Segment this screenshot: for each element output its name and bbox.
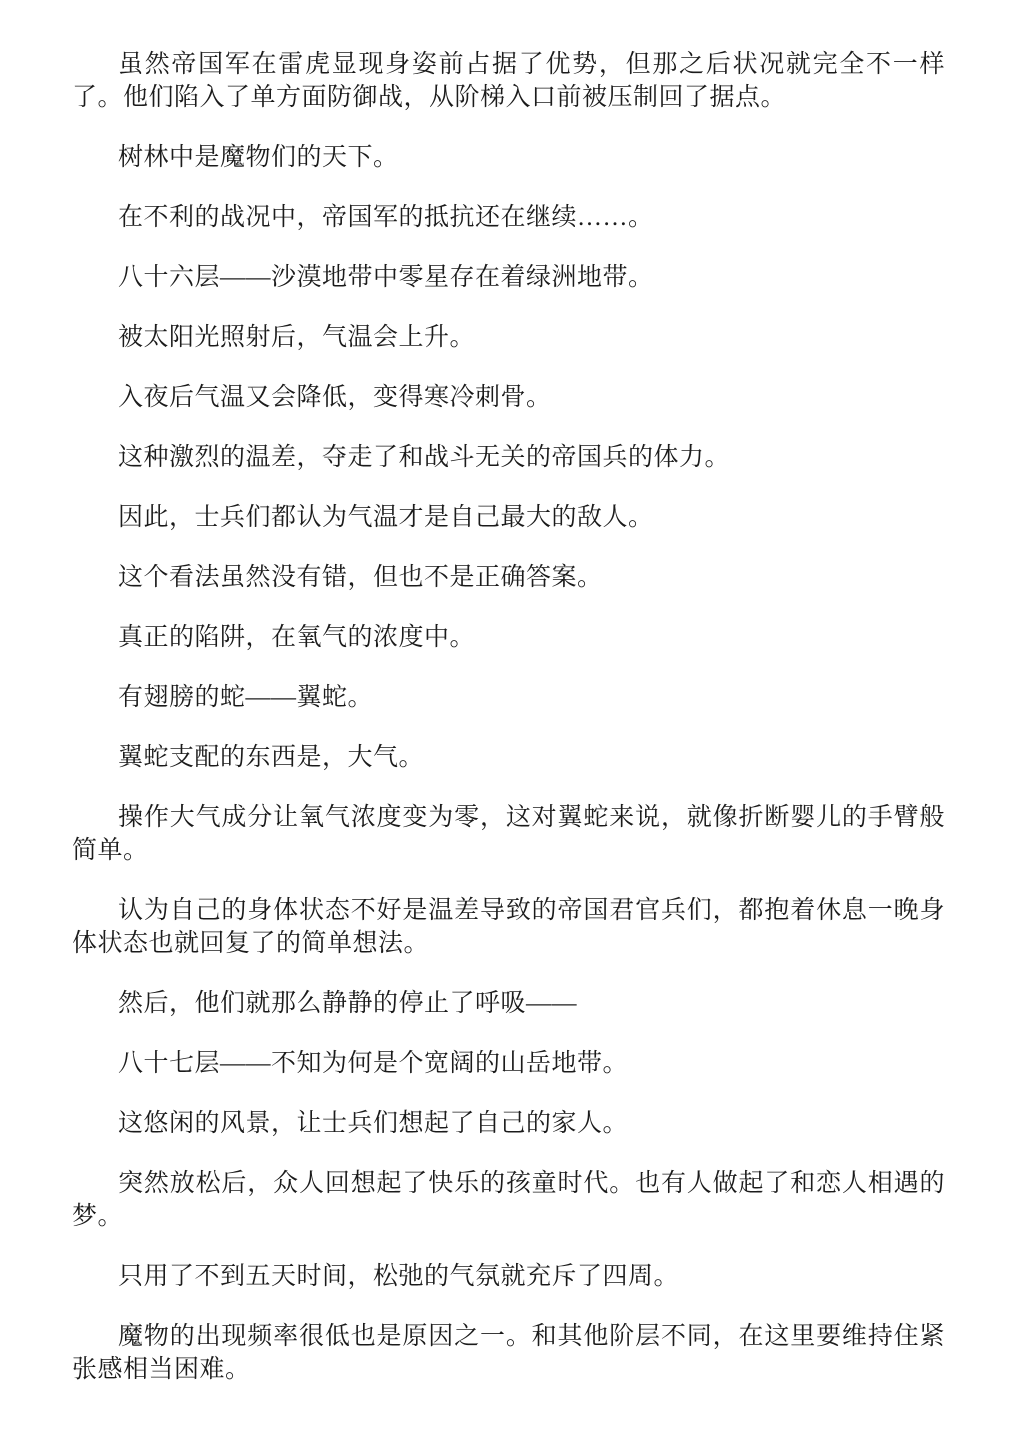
paragraph: 真正的陷阱，在氧气的浓度中。 bbox=[72, 621, 945, 654]
paragraph: 在不利的战况中，帝国军的抵抗还在继续……。 bbox=[72, 201, 945, 234]
paragraph: 这个看法虽然没有错，但也不是正确答案。 bbox=[72, 561, 945, 594]
paragraph: 突然放松后，众人回想起了快乐的孩童时代。也有人做起了和恋人相遇的梦。 bbox=[72, 1167, 945, 1233]
paragraph: 只用了不到五天时间，松弛的气氛就充斥了四周。 bbox=[72, 1260, 945, 1293]
paragraph: 认为自己的身体状态不好是温差导致的帝国君官兵们，都抱着休息一晚身体状态也就回复了… bbox=[72, 894, 945, 960]
paragraph: 八十七层——不知为何是个宽阔的山岳地带。 bbox=[72, 1047, 945, 1080]
paragraph: 翼蛇支配的东西是，大气。 bbox=[72, 741, 945, 774]
paragraph: 八十六层——沙漠地带中零星存在着绿洲地带。 bbox=[72, 261, 945, 294]
paragraph: 然后，他们就那么静静的停止了呼吸—— bbox=[72, 987, 945, 1020]
paragraph: 这悠闲的风景，让士兵们想起了自己的家人。 bbox=[72, 1107, 945, 1140]
paragraph: 虽然帝国军在雷虎显现身姿前占据了优势，但那之后状况就完全不一样了。他们陷入了单方… bbox=[72, 48, 945, 114]
paragraph: 操作大气成分让氧气浓度变为零，这对翼蛇来说，就像折断婴儿的手臂般简单。 bbox=[72, 801, 945, 867]
paragraph: 入夜后气温又会降低，变得寒冷刺骨。 bbox=[72, 381, 945, 414]
paragraph: 被太阳光照射后，气温会上升。 bbox=[72, 321, 945, 354]
paragraph: 因此，士兵们都认为气温才是自己最大的敌人。 bbox=[72, 501, 945, 534]
document-page: 虽然帝国军在雷虎显现身姿前占据了优势，但那之后状况就完全不一样了。他们陷入了单方… bbox=[0, 0, 1017, 1437]
paragraph: 有翅膀的蛇——翼蛇。 bbox=[72, 681, 945, 714]
paragraph: 这种激烈的温差，夺走了和战斗无关的帝国兵的体力。 bbox=[72, 441, 945, 474]
paragraph: 树林中是魔物们的天下。 bbox=[72, 141, 945, 174]
paragraph: 魔物的出现频率很低也是原因之一。和其他阶层不同，在这里要维持住紧张感相当困难。 bbox=[72, 1320, 945, 1386]
